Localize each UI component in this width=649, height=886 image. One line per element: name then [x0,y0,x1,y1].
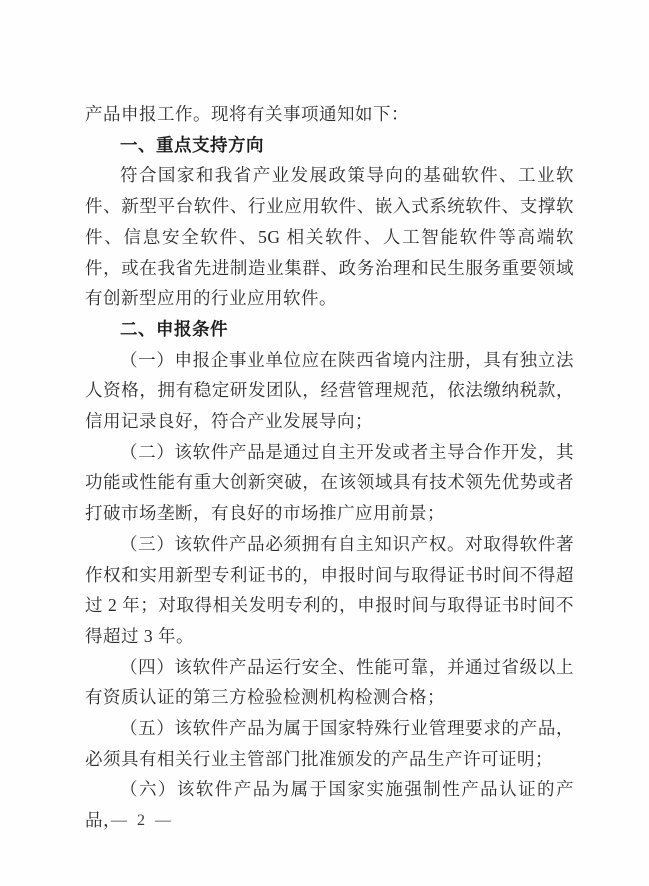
condition-item-3: （三）该软件产品必须拥有自主知识产权。对取得软件著作权和实用新型专利证书的，申报… [85,529,574,652]
document-page: 产品申报工作。现将有关事项通知如下： 一、重点支持方向 符合国家和我省产业发展政… [0,0,649,886]
section-heading-application-conditions: 二、申报条件 [85,314,574,345]
condition-item-4: （四）该软件产品运行安全、性能可靠，并通过省级以上有资质认证的第三方检验检测机构… [85,652,574,713]
condition-item-1: （一）申报企事业单位应在陕西省境内注册，具有独立法人资格，拥有稳定研发团队，经营… [85,345,574,437]
intro-paragraph: 产品申报工作。现将有关事项通知如下： [85,99,574,130]
document-body: 产品申报工作。现将有关事项通知如下： 一、重点支持方向 符合国家和我省产业发展政… [85,99,574,836]
page-number: — 2 — [111,812,174,830]
paragraph-key-support-direction: 符合国家和我省产业发展政策导向的基础软件、工业软件、新型平台软件、行业应用软件、… [85,160,574,314]
condition-item-2: （二）该软件产品是通过自主开发或者主导合作开发，其功能或性能有重大创新突破，在该… [85,437,574,529]
section-heading-key-support-direction: 一、重点支持方向 [85,130,574,161]
condition-item-5: （五）该软件产品为属于国家特殊行业管理要求的产品，必须具有相关行业主管部门批准颁… [85,713,574,774]
